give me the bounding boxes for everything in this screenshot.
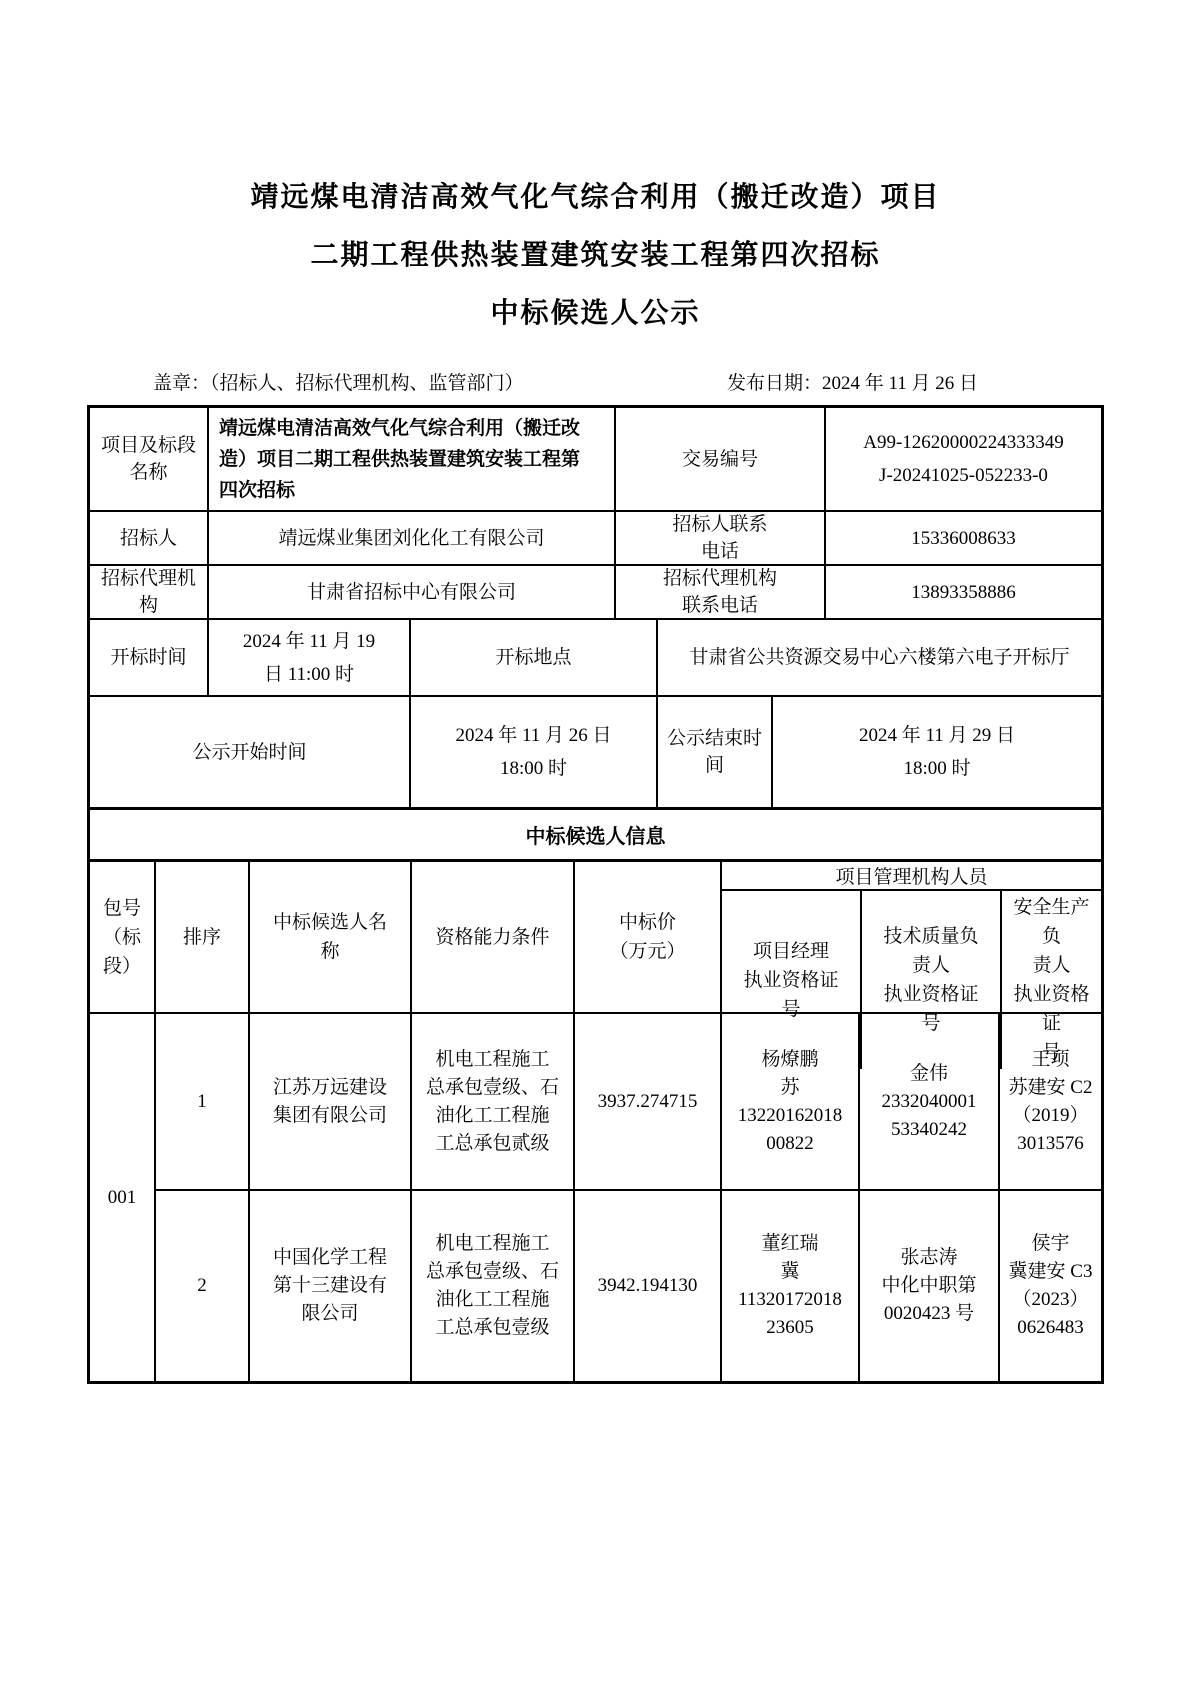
publicity-start-value: 2024 年 11 月 26 日 18:00 时 <box>409 697 656 807</box>
candidates-header-row: 包号 （标 段） 排序 中标候选人名 称 资格能力条件 中标价 （万元） 项目管… <box>90 859 1101 1012</box>
tenderer-phone-value: 15336008633 <box>824 512 1101 564</box>
candidate-2-rank: 2 <box>154 1191 248 1381</box>
table-row-project: 项目及标段 名称 靖远煤电清洁高效气化气综合利用（搬迁改 造）项目二期工程供热装… <box>90 408 1101 510</box>
announcement-table: 项目及标段 名称 靖远煤电清洁高效气化气综合利用（搬迁改 造）项目二期工程供热装… <box>87 405 1104 1384</box>
seal-note: 盖章：（招标人、招标代理机构、监管部门） <box>153 372 524 396</box>
publish-date: 发布日期：2024 年 11 月 26 日 <box>727 372 978 396</box>
title-line-1: 靖远煤电清洁高效气化气综合利用（搬迁改造）项目 <box>87 168 1104 226</box>
tenderer-label: 招标人 <box>90 512 207 564</box>
open-place-value: 甘肃省公共资源交易中心六楼第六电子开标厅 <box>656 620 1101 695</box>
table-row-publicity: 公示开始时间 2024 年 11 月 26 日 18:00 时 公示结束时 间 … <box>90 695 1101 807</box>
open-place-label: 开标地点 <box>409 620 656 695</box>
candidates-body: 001 1 江苏万远建设 集团有限公司 机电工程施工 总承包壹级、石 油化工工程… <box>90 1012 1101 1381</box>
col-header-rank: 排序 <box>154 862 248 1012</box>
candidate-rows: 1 江苏万远建设 集团有限公司 机电工程施工 总承包壹级、石 油化工工程施 工总… <box>154 1014 1101 1381</box>
document-title-block: 靖远煤电清洁高效气化气综合利用（搬迁改造）项目 二期工程供热装置建筑安装工程第四… <box>87 0 1104 342</box>
trade-no-label: 交易编号 <box>614 408 824 510</box>
candidate-1-price: 3937.274715 <box>573 1014 720 1189</box>
candidate-2-pm-cert: 董红瑞 冀 11320172018 23605 <box>720 1191 858 1381</box>
agency-phone-label: 招标代理机构 联系电话 <box>614 566 824 618</box>
candidate-1-qualification: 机电工程施工 总承包壹级、石 油化工工程施 工总承包贰级 <box>410 1014 573 1189</box>
table-row-tenderer: 招标人 靖远煤业集团刘化化工有限公司 招标人联系 电话 15336008633 <box>90 510 1101 564</box>
candidate-2-safety-cert: 侯宇 冀建安 C3 （2023） 0626483 <box>998 1191 1101 1381</box>
col-header-name: 中标候选人名 称 <box>248 862 410 1012</box>
open-time-value: 2024 年 11 月 19 日 11:00 时 <box>207 620 409 695</box>
candidate-1-tech-cert: 金伟 2332040001 53340242 <box>858 1014 998 1189</box>
publicity-end-label: 公示结束时 间 <box>656 697 771 807</box>
project-name-label: 项目及标段 名称 <box>90 408 207 510</box>
title-line-3: 中标候选人公示 <box>87 284 1104 342</box>
candidate-2-name: 中国化学工程 第十三建设有 限公司 <box>248 1191 410 1381</box>
candidate-2-tech-cert: 张志涛 中化中职第 0020423 号 <box>858 1191 998 1381</box>
group-header-management: 项目管理机构人员 <box>722 862 1101 891</box>
col-header-qualification: 资格能力条件 <box>410 862 573 1012</box>
publicity-end-value: 2024 年 11 月 29 日 18:00 时 <box>771 697 1101 807</box>
publicity-start-label: 公示开始时间 <box>90 697 409 807</box>
tenderer-phone-label: 招标人联系 电话 <box>614 512 824 564</box>
col-header-package: 包号 （标 段） <box>90 862 154 1012</box>
candidate-1-rank: 1 <box>154 1014 248 1189</box>
agency-phone-value: 13893358886 <box>824 566 1101 618</box>
agency-label: 招标代理机 构 <box>90 566 207 618</box>
open-time-label: 开标时间 <box>90 620 207 695</box>
candidate-row-1: 1 江苏万远建设 集团有限公司 机电工程施工 总承包壹级、石 油化工工程施 工总… <box>154 1014 1101 1189</box>
tenderer-value: 靖远煤业集团刘化化工有限公司 <box>207 512 614 564</box>
candidate-2-price: 3942.194130 <box>573 1191 720 1381</box>
col-group-management: 项目管理机构人员 项目经理 执业资格证 号 技术质量负 责人 执业资格证 号 安… <box>720 862 1101 1012</box>
title-line-2: 二期工程供热装置建筑安装工程第四次招标 <box>87 226 1104 284</box>
table-row-agency: 招标代理机 构 甘肃省招标中心有限公司 招标代理机构 联系电话 13893358… <box>90 564 1101 618</box>
trade-no-value: A99-12620000224333349 J-20241025-052233-… <box>824 408 1101 510</box>
meta-row: 盖章：（招标人、招标代理机构、监管部门） 发布日期：2024 年 11 月 26… <box>87 372 1104 396</box>
candidate-2-qualification: 机电工程施工 总承包壹级、石 油化工工程施 工总承包壹级 <box>410 1191 573 1381</box>
candidate-1-safety-cert: 王项 苏建安 C2 （2019） 3013576 <box>998 1014 1101 1189</box>
candidate-row-2: 2 中国化学工程 第十三建设有 限公司 机电工程施工 总承包壹级、石 油化工工程… <box>154 1189 1101 1381</box>
table-row-bid-opening: 开标时间 2024 年 11 月 19 日 11:00 时 开标地点 甘肃省公共… <box>90 618 1101 695</box>
document-page: 靖远煤电清洁高效气化气综合利用（搬迁改造）项目 二期工程供热装置建筑安装工程第四… <box>87 0 1104 1384</box>
candidates-section-title: 中标候选人信息 <box>90 807 1101 859</box>
project-name-value: 靖远煤电清洁高效气化气综合利用（搬迁改 造）项目二期工程供热装置建筑安装工程第 … <box>207 408 614 510</box>
agency-value: 甘肃省招标中心有限公司 <box>207 566 614 618</box>
package-number-cell: 001 <box>90 1014 154 1381</box>
candidate-1-pm-cert: 杨燎鹏 苏 13220162018 00822 <box>720 1014 858 1189</box>
col-header-price: 中标价 （万元） <box>573 862 720 1012</box>
candidate-1-name: 江苏万远建设 集团有限公司 <box>248 1014 410 1189</box>
